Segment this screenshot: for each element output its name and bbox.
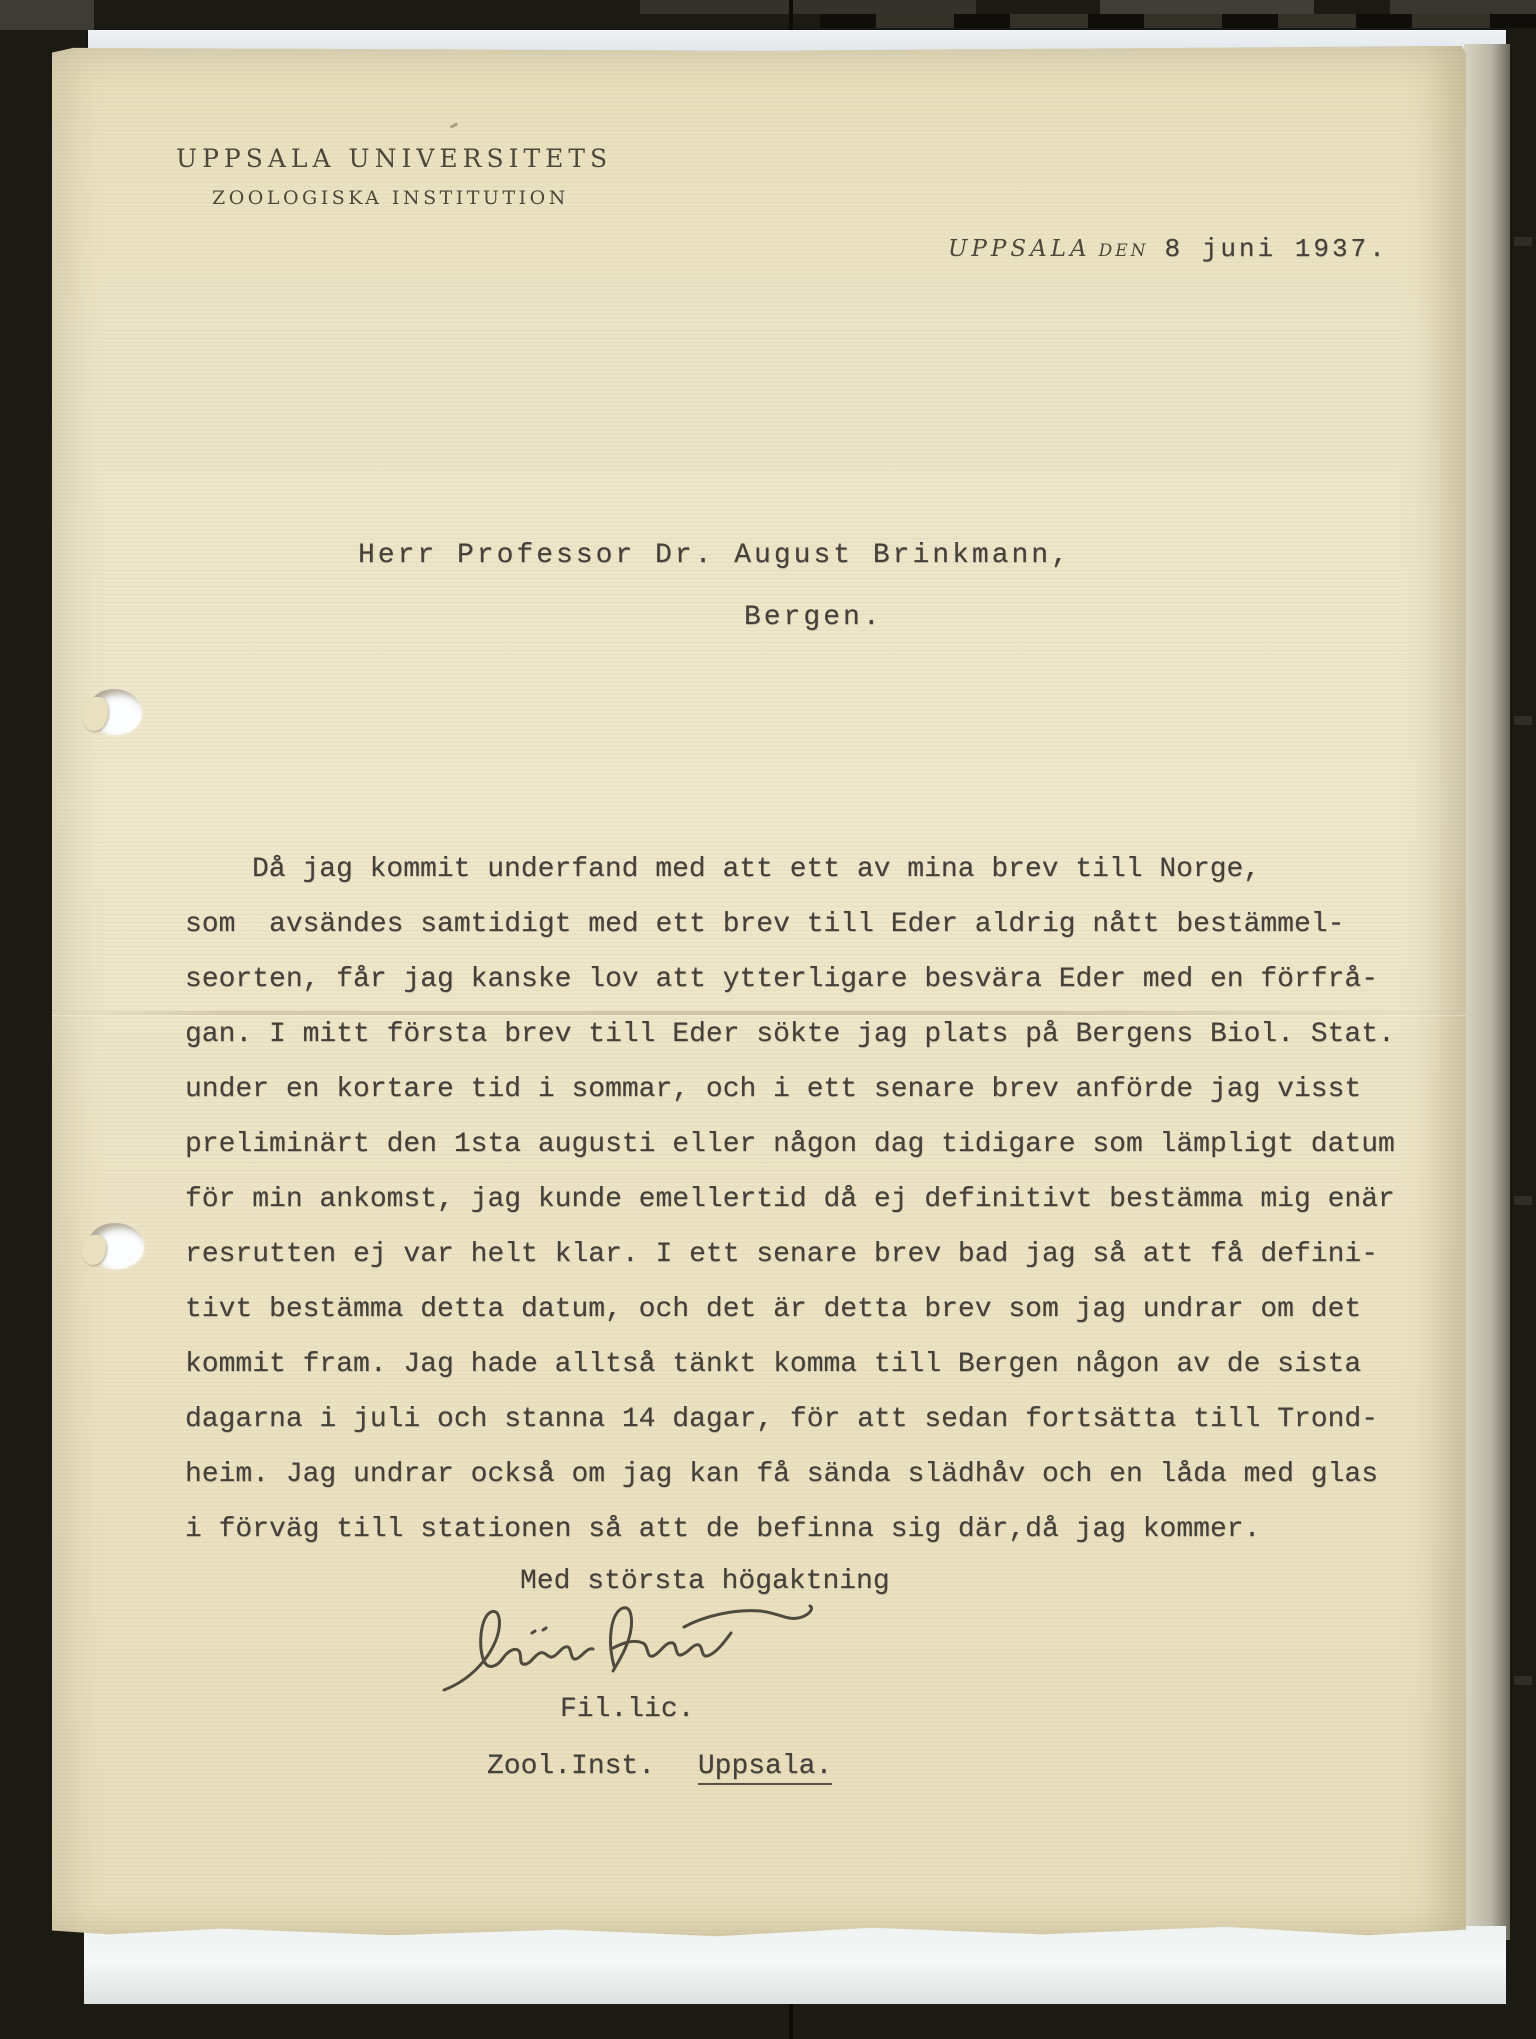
dateline-printed-den: DEN [1099,241,1149,261]
dateline-printed-city: UPPSALA [948,236,1091,262]
film-edge-mark [1514,716,1532,725]
body-line: preliminärt den 1sta augusti eller någon… [185,1117,1395,1172]
signature-institution: Zool.Inst. [487,1751,655,1782]
letter-body: Då jag kommit underfand med att ett av m… [185,842,1395,1557]
body-line: som avsändes samtidigt med ett brev till… [185,897,1395,952]
torn-paper-flap [82,697,108,731]
body-line: dagarna i juli och stanna 14 dagar, för … [185,1392,1395,1447]
punch-hole-bottom [88,1223,144,1269]
photograph-background: UPPSALA UNIVERSITETS ZOOLOGISKA INSTITUT… [0,0,1536,2039]
body-line: gan. I mitt första brev till Eder sökte … [185,1007,1395,1062]
body-line: för min ankomst, jag kunde emellertid då… [185,1172,1395,1227]
body-line: seorten, får jag kanske lov att ytterlig… [185,952,1395,1007]
recipient-name: Herr Professor Dr. August Brinkmann, [358,540,1071,571]
film-edge-mark [1514,1676,1532,1685]
signature-place: Uppsala. [698,1751,832,1785]
closing-salutation: Med största högaktning [520,1566,890,1597]
dateline-typed-date: 8 juni 1937. [1165,234,1388,264]
body-line: resrutten ej var helt klar. I ett senare… [185,1227,1395,1282]
backing-sheet-right-edge [1464,44,1510,1940]
body-line: Då jag kommit underfand med att ett av m… [185,842,1395,897]
dateline: UPPSALA DEN 8 juni 1937. [948,234,1388,264]
punch-hole-top [88,689,142,735]
paper-speck [450,122,458,128]
body-line: under en kortare tid i sommar, och i ett… [185,1062,1395,1117]
letter-paper: UPPSALA UNIVERSITETS ZOOLOGISKA INSTITUT… [52,46,1466,1940]
body-line: kommit fram. Jag hade alltså tänkt komma… [185,1337,1395,1392]
signature-org-row: Zool.Inst. Uppsala. [487,1751,832,1782]
body-line: tivt bestämma detta datum, och det är de… [185,1282,1395,1337]
film-edge-mark [1514,237,1532,246]
mount-gray-block [640,0,976,14]
backing-sheet-bottom-edge [84,1926,1506,2004]
body-line: i förväg till stationen så att de befinn… [185,1502,1395,1557]
recipient-city: Bergen. [744,602,883,633]
film-edge-mark [1514,1196,1532,1205]
mount-gray-block [0,0,94,30]
signature-title: Fil.lic. [560,1694,694,1725]
torn-paper-flap [82,1235,106,1265]
letterhead-line1: UPPSALA UNIVERSITETS [176,144,612,173]
handwritten-signature: Jöran Hult [432,1598,832,1708]
body-line: heim. Jag undrar också om jag kan få sän… [185,1447,1395,1502]
letterhead-line2: ZOOLOGISKA INSTITUTION [212,187,569,209]
film-edge-marks [820,14,1536,28]
